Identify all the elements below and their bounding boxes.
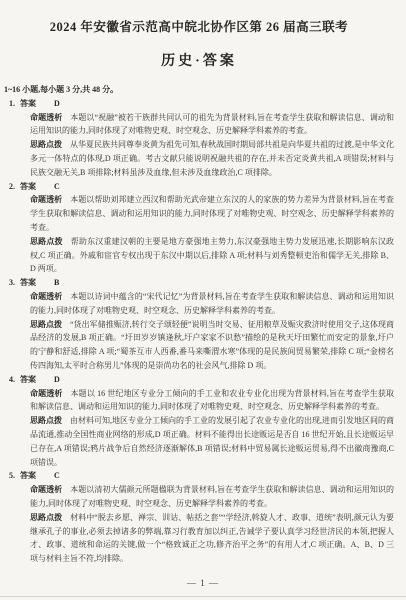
question-block: 4.答案D 命题透析本题以 16 世纪地区专业分工倾向的手工业和农业专业化出现为… — [4, 373, 394, 470]
approach-label: 思路点拨 — [30, 237, 63, 246]
question-number: 4. — [9, 375, 15, 384]
question-block: 3.答案B 命题透析本题以诗词中蕴含的“宋代记忆”为背景材料,旨在考查学生获取和… — [4, 276, 394, 373]
question-approach: 思路点拨帮助东汉重建汉朝的主要是地方豪强地主势力,东汉豪强地主势力发展迅速,长期… — [30, 235, 394, 276]
question-number: 3. — [9, 278, 15, 287]
approach-text: 帮助东汉重建汉朝的主要是地方豪强地主势力,东汉豪强地主势力发展迅速,长期影响东汉… — [30, 237, 394, 274]
approach-text: “货出军储推赈济,转行交子颂轻便”说明当时交易、征用粮草及赈灾救济时使用交子,这… — [30, 320, 394, 370]
question-analysis: 命题透析本题以清初大儒颜元所题楹联为背景材料,旨在考查学生获取和解读信息、调动和… — [30, 483, 394, 511]
approach-label: 思路点拨 — [30, 416, 62, 425]
answer-line: 1.答案D — [9, 97, 394, 111]
analysis-text: 本题以“祝融”被若干族群共同认可的祖先为背景材料,旨在考查学生获取和解读信息、调… — [30, 113, 394, 136]
answer-value: C — [54, 182, 60, 191]
exam-answer-page: 2024 年安徽省示范高中皖北协作区第 26 届高三联考 历史·答案 1~16 … — [0, 0, 406, 566]
analysis-label: 命题透析 — [30, 195, 62, 204]
analysis-label: 命题透析 — [30, 389, 63, 398]
approach-text: 从华夏民族共同尊奉炎黄为祖先可知,春秋战国时期局部共祖是向华夏共祖的过渡,是中华… — [30, 140, 394, 177]
analysis-text: 本题以帮助刘邦建立西汉和帮助光武帝建立东汉的人的家族的势力差异为背景材料,旨在考… — [30, 195, 394, 232]
answer-label: 答案 — [20, 471, 36, 480]
answer-value: B — [54, 278, 59, 287]
approach-label: 思路点拨 — [30, 140, 62, 149]
question-approach: 思路点拨由材料可知,地区专业分工倾向的手工业的发展引起了农业专业化的出现,进而引… — [30, 414, 394, 469]
scan-edge-line — [0, 596, 406, 597]
analysis-label: 命题透析 — [30, 113, 62, 122]
question-analysis: 命题透析本题以 16 世纪地区专业分工倾向的手工业和农业专业化出现为背景材料,旨… — [30, 387, 394, 415]
answer-label: 答案 — [20, 278, 36, 287]
page-subtitle: 历史·答案 — [4, 54, 394, 70]
answer-line: 2.答案C — [9, 180, 394, 194]
question-number: 2. — [9, 182, 15, 191]
analysis-text: 本题以清初大儒颜元所题楹联为背景材料,旨在考查学生获取和解读信息、调动和运用知识… — [30, 485, 394, 508]
approach-label: 思路点拨 — [30, 320, 62, 329]
approach-text: 材料中“脱去乡愿、禅宗、训诂、帖括之套”“学经济,斡旋人才、政事、道统”表明,颜… — [30, 513, 394, 563]
answer-value: C — [54, 471, 60, 480]
analysis-label: 命题透析 — [30, 292, 62, 301]
answer-label: 答案 — [20, 375, 36, 384]
question-approach: 思路点拨材料中“脱去乡愿、禅宗、训诂、帖括之套”“学经济,斡旋人才、政事、道统”… — [30, 511, 394, 566]
answer-value: D — [54, 99, 60, 108]
answer-label: 答案 — [20, 99, 36, 108]
question-analysis: 命题透析本题以帮助刘邦建立西汉和帮助光武帝建立东汉的人的家族的势力差异为背景材料… — [30, 193, 394, 234]
answer-value: D — [54, 375, 60, 384]
analysis-text: 本题以 16 世纪地区专业分工倾向的手工业和农业专业化出现为背景材料,旨在考查学… — [30, 389, 394, 412]
page-number: — 1 — — [0, 578, 406, 588]
answer-line: 4.答案D — [9, 373, 394, 387]
scoring-note: 1~16 小题,每小题 3 分,共 48 分。 — [4, 83, 394, 97]
page-title: 2024 年安徽省示范高中皖北协作区第 26 届高三联考 — [4, 20, 394, 35]
question-approach: 思路点拨“货出军储推赈济,转行交子颂轻便”说明当时交易、征用粮草及赈灾救济时使用… — [30, 318, 394, 373]
answer-line: 3.答案B — [9, 276, 394, 290]
answer-label: 答案 — [20, 182, 36, 191]
question-block: 1.答案D 命题透析本题以“祝融”被若干族群共同认可的祖先为背景材料,旨在考查学… — [4, 97, 394, 180]
analysis-label: 命题透析 — [30, 485, 62, 494]
answer-line: 5.答案C — [9, 469, 394, 483]
approach-label: 思路点拨 — [30, 513, 62, 522]
question-approach: 思路点拨从华夏民族共同尊奉炎黄为祖先可知,春秋战国时期局部共祖是向华夏共祖的过渡… — [30, 138, 394, 179]
question-analysis: 命题透析本题以诗词中蕴含的“宋代记忆”为背景材料,旨在考查学生获取和解读信息、调… — [30, 290, 394, 318]
question-block: 2.答案C 命题透析本题以帮助刘邦建立西汉和帮助光武帝建立东汉的人的家族的势力差… — [4, 180, 394, 277]
question-analysis: 命题透析本题以“祝融”被若干族群共同认可的祖先为背景材料,旨在考查学生获取和解读… — [30, 111, 394, 139]
question-number: 1. — [9, 99, 15, 108]
question-number: 5. — [9, 471, 15, 480]
analysis-text: 本题以诗词中蕴含的“宋代记忆”为背景材料,旨在考查学生获取和解读信息、调动和运用… — [30, 292, 394, 315]
question-block: 5.答案C 命题透析本题以清初大儒颜元所题楹联为背景材料,旨在考查学生获取和解读… — [4, 469, 394, 566]
approach-text: 由材料可知,地区专业分工倾向的手工业的发展引起了农业专业化的出现,进而引发地区间… — [30, 416, 394, 466]
